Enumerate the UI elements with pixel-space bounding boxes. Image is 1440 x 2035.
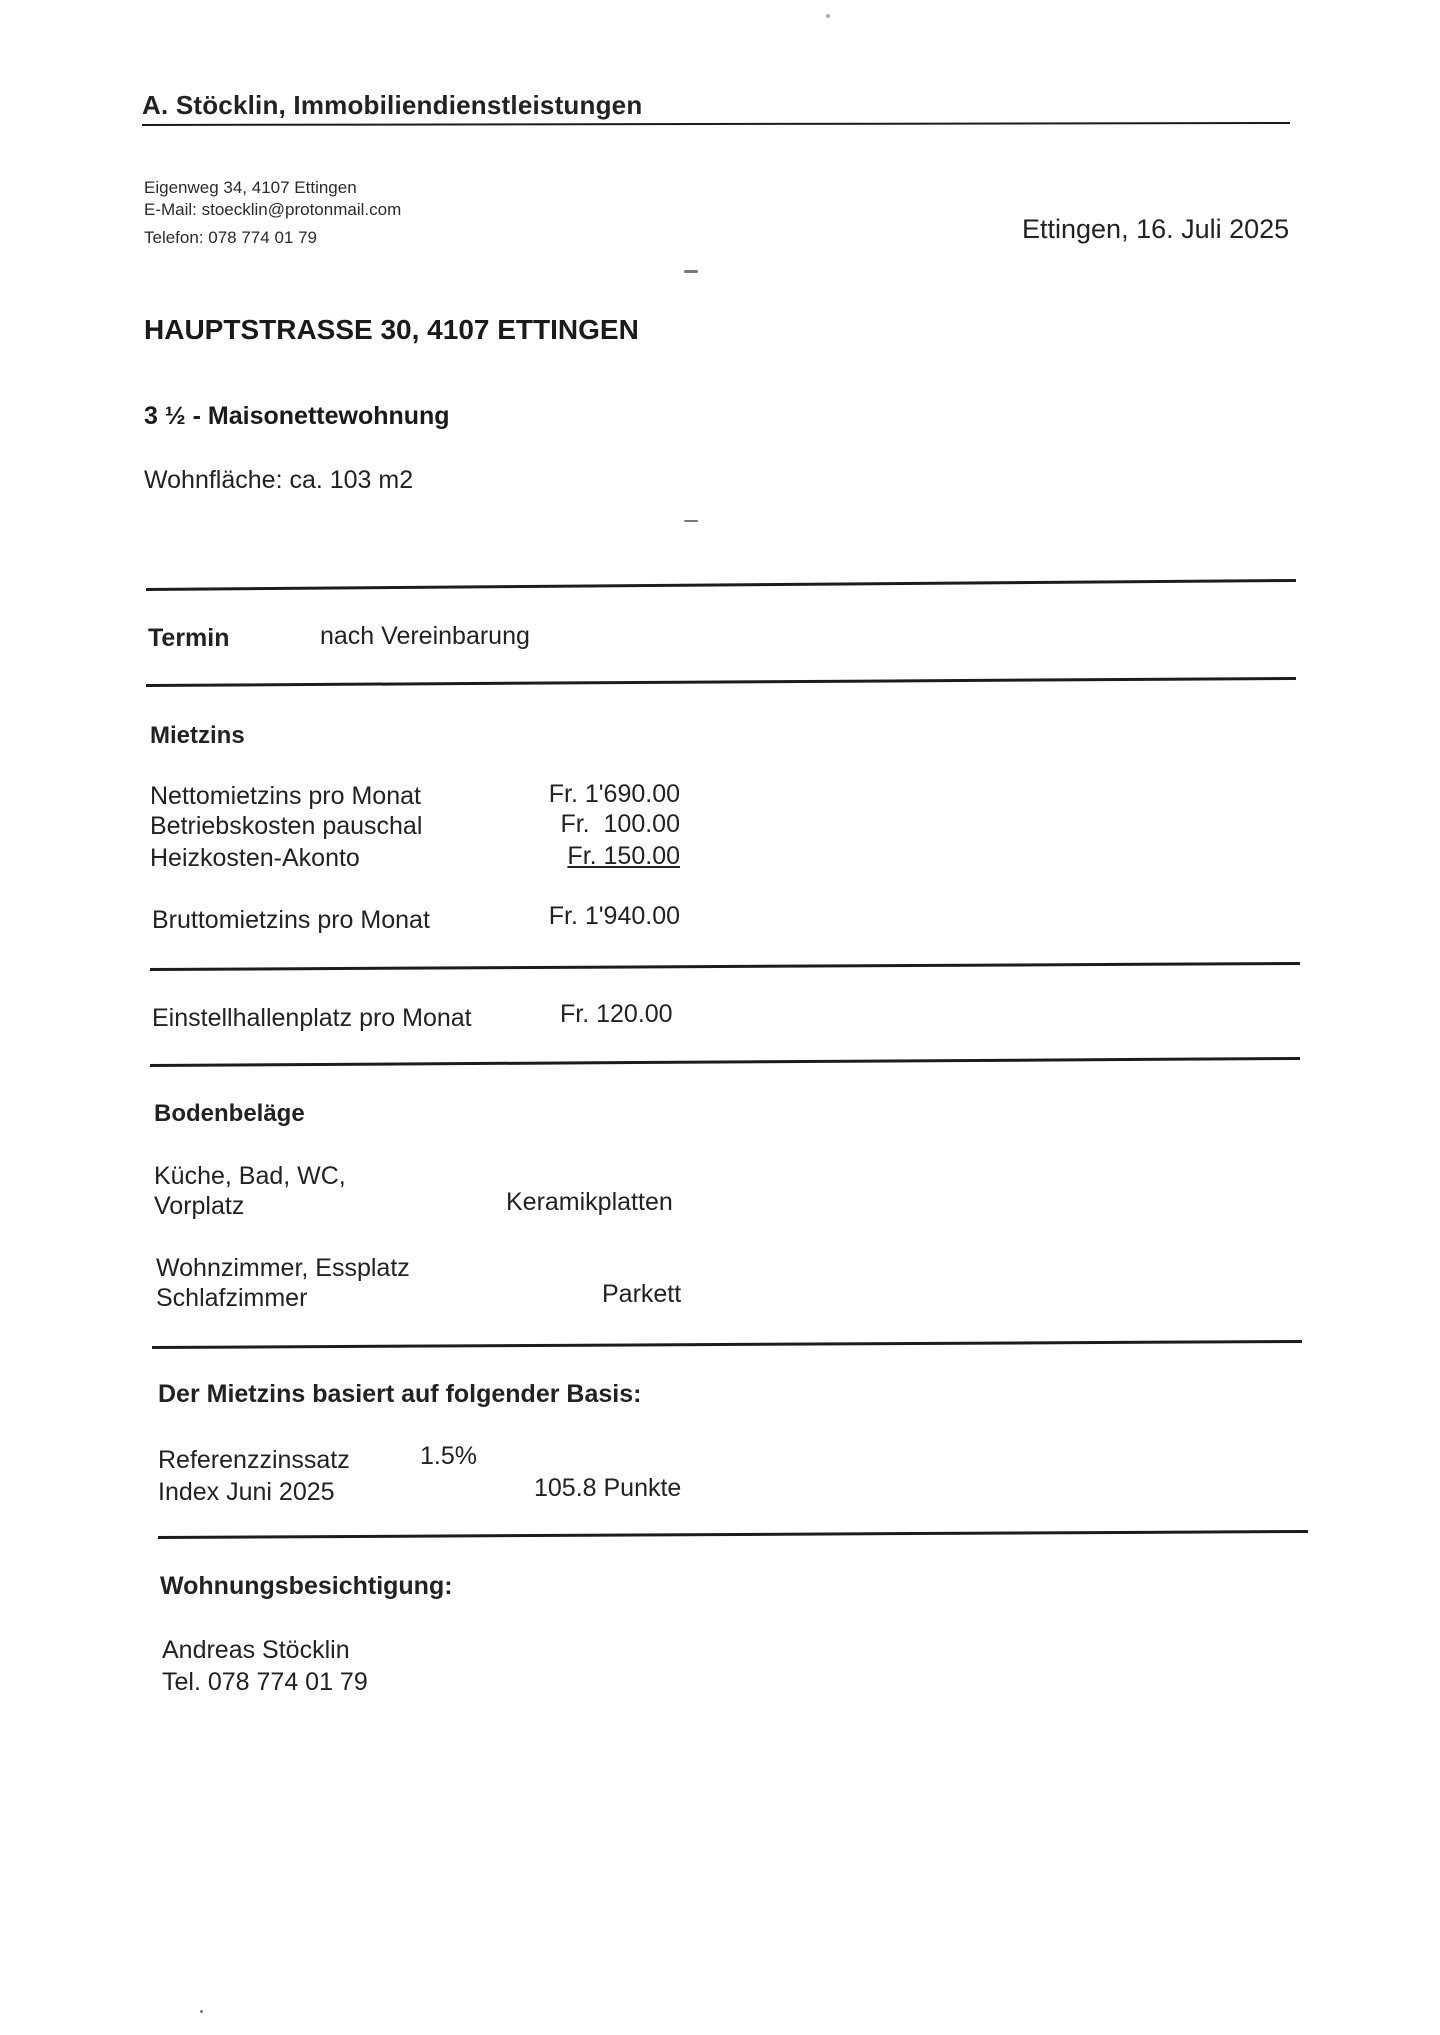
scan-speck [200,2010,203,2013]
mietzins-item-label: Betriebskosten pauschal [150,812,422,841]
place-date: Ettingen, 16. Juli 2025 [1022,214,1289,245]
viewing-contact-name: Andreas Stöcklin [162,1636,350,1665]
index-value: 105.8 Punkte [534,1474,681,1503]
floor-rooms-line1: Küche, Bad, WC, [154,1162,346,1191]
floor-material: Parkett [602,1280,681,1309]
letterhead-rule [142,122,1290,126]
mietzins-item-value: Fr. 1'690.00 [520,780,680,809]
scan-speck [826,14,830,18]
termin-label: Termin [148,624,230,653]
scan-speck [684,520,698,522]
floor-rooms-line1: Wohnzimmer, Essplatz [156,1254,410,1283]
company-name: A. Stöcklin, Immobiliendienstleistungen [142,90,642,121]
section-rule [146,579,1296,591]
scan-speck [684,270,698,273]
viewing-contact-phone: Tel. 078 774 01 79 [162,1668,368,1697]
termin-value: nach Vereinbarung [320,622,530,651]
property-address: HAUPTSTRASSE 30, 4107 ETTINGEN [144,314,639,346]
floor-material: Keramikplatten [506,1188,673,1217]
viewing-heading: Wohnungsbesichtigung: [160,1572,453,1601]
company-email: E-Mail: stoecklin@protonmail.com [144,200,401,220]
mietzins-item-value: Fr. 100.00 [520,810,680,839]
mietzins-item-label: Heizkosten-Akonto [150,844,360,873]
section-rule [152,1340,1302,1349]
section-rule [146,677,1296,687]
section-rule [158,1530,1308,1539]
section-rule [150,962,1300,971]
floor-rooms-line2: Vorplatz [154,1192,244,1221]
property-type: 3 ½ - Maisonettewohnung [144,402,450,431]
mietzins-total-value: Fr. 1'940.00 [520,902,680,931]
mietzins-item-value: Fr. 150.00 [520,842,680,871]
mietzins-total-label: Bruttomietzins pro Monat [152,906,430,935]
mietzins-item-label: Nettomietzins pro Monat [150,782,421,811]
index-label: Index Juni 2025 [158,1478,335,1507]
floor-rooms-line2: Schlafzimmer [156,1284,307,1313]
parking-label: Einstellhallenplatz pro Monat [152,1004,472,1033]
mietzins-heading: Mietzins [150,722,245,750]
reference-rate-label: Referenzzinssatz [158,1446,350,1475]
section-rule [150,1057,1300,1067]
living-area: Wohnfläche: ca. 103 m2 [144,466,413,495]
parking-value: Fr. 120.00 [560,1000,673,1029]
reference-rate-value: 1.5% [420,1442,477,1471]
bodenbelaege-heading: Bodenbeläge [154,1100,305,1128]
basis-heading: Der Mietzins basiert auf folgender Basis… [158,1380,641,1409]
company-phone: Telefon: 078 774 01 79 [144,228,317,248]
company-address: Eigenweg 34, 4107 Ettingen [144,178,357,198]
